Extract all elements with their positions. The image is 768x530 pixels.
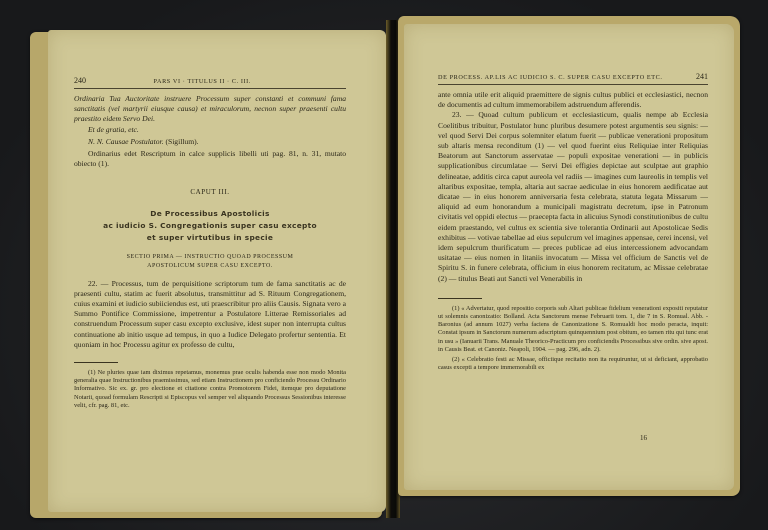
postulator-signature: N. N. Causae Postulator. — [88, 137, 164, 146]
chapter-title-line: ac iudicio S. Congregationis super casu … — [74, 220, 346, 232]
opening-paragraph: Ordinaria Tua Auctoritate instruere Proc… — [74, 94, 346, 125]
section-heading: SECTIO PRIMA — INSTRUCTIO QUOAD PROCESSU… — [74, 253, 346, 271]
left-running-title: PARS VI · TITULUS II · C. III. — [154, 78, 251, 85]
footnote-2: (2) « Celebratio festi ac Missae, offici… — [438, 356, 708, 372]
formula-closing: Et de gratia, etc. — [74, 125, 346, 135]
chapter-label: CAPUT III. — [74, 187, 346, 197]
seal: (Sigillum). — [165, 137, 198, 146]
chapter-title: De Processibus Apostolicis ac iudicio S.… — [74, 208, 346, 244]
footnote-1: (1) Ne pluries quae iam diximus repetamu… — [74, 369, 346, 410]
signature-mark: 16 — [640, 434, 647, 442]
right-footnotes: (1) « Advertatur, quod repositio corpori… — [438, 305, 708, 373]
rescript-note: Ordinarius edet Rescriptum in calce supp… — [74, 149, 346, 169]
paragraph-23: 23. — Quoad cultum publicum et ecclesias… — [438, 110, 708, 283]
footnote-1: (1) « Advertatur, quod repositio corpori… — [438, 305, 708, 354]
left-footnote: (1) Ne pluries quae iam diximus repetamu… — [74, 369, 346, 410]
left-text-block: Ordinaria Tua Auctoritate instruere Proc… — [74, 94, 346, 410]
paragraph-22: 22. — Processus, tum de perquisitione sc… — [74, 279, 346, 350]
right-text-block: ante omnia utile erit aliquid praemitter… — [438, 90, 708, 372]
signature-line: N. N. Causae Postulator. (Sigillum). — [74, 137, 346, 147]
chapter-title-line: De Processibus Apostolicis — [74, 208, 346, 220]
left-page-number: 240 — [74, 76, 86, 85]
continuation-paragraph: ante omnia utile erit aliquid praemitter… — [438, 90, 708, 110]
footnote-rule — [74, 362, 118, 363]
chapter-title-line: et super virtutibus in specie — [74, 232, 346, 244]
right-running-head: DE PROCESS. AP.LIS AC IUDICIO S. C. SUPE… — [438, 72, 708, 85]
right-page-number: 241 — [696, 72, 708, 81]
left-page: 240 PARS VI · TITULUS II · C. III. Ordin… — [48, 30, 386, 512]
left-running-head: 240 PARS VI · TITULUS II · C. III. — [74, 76, 346, 89]
footnote-rule — [438, 298, 482, 299]
right-page: DE PROCESS. AP.LIS AC IUDICIO S. C. SUPE… — [404, 24, 734, 490]
right-running-title: DE PROCESS. AP.LIS AC IUDICIO S. C. SUPE… — [438, 74, 663, 81]
